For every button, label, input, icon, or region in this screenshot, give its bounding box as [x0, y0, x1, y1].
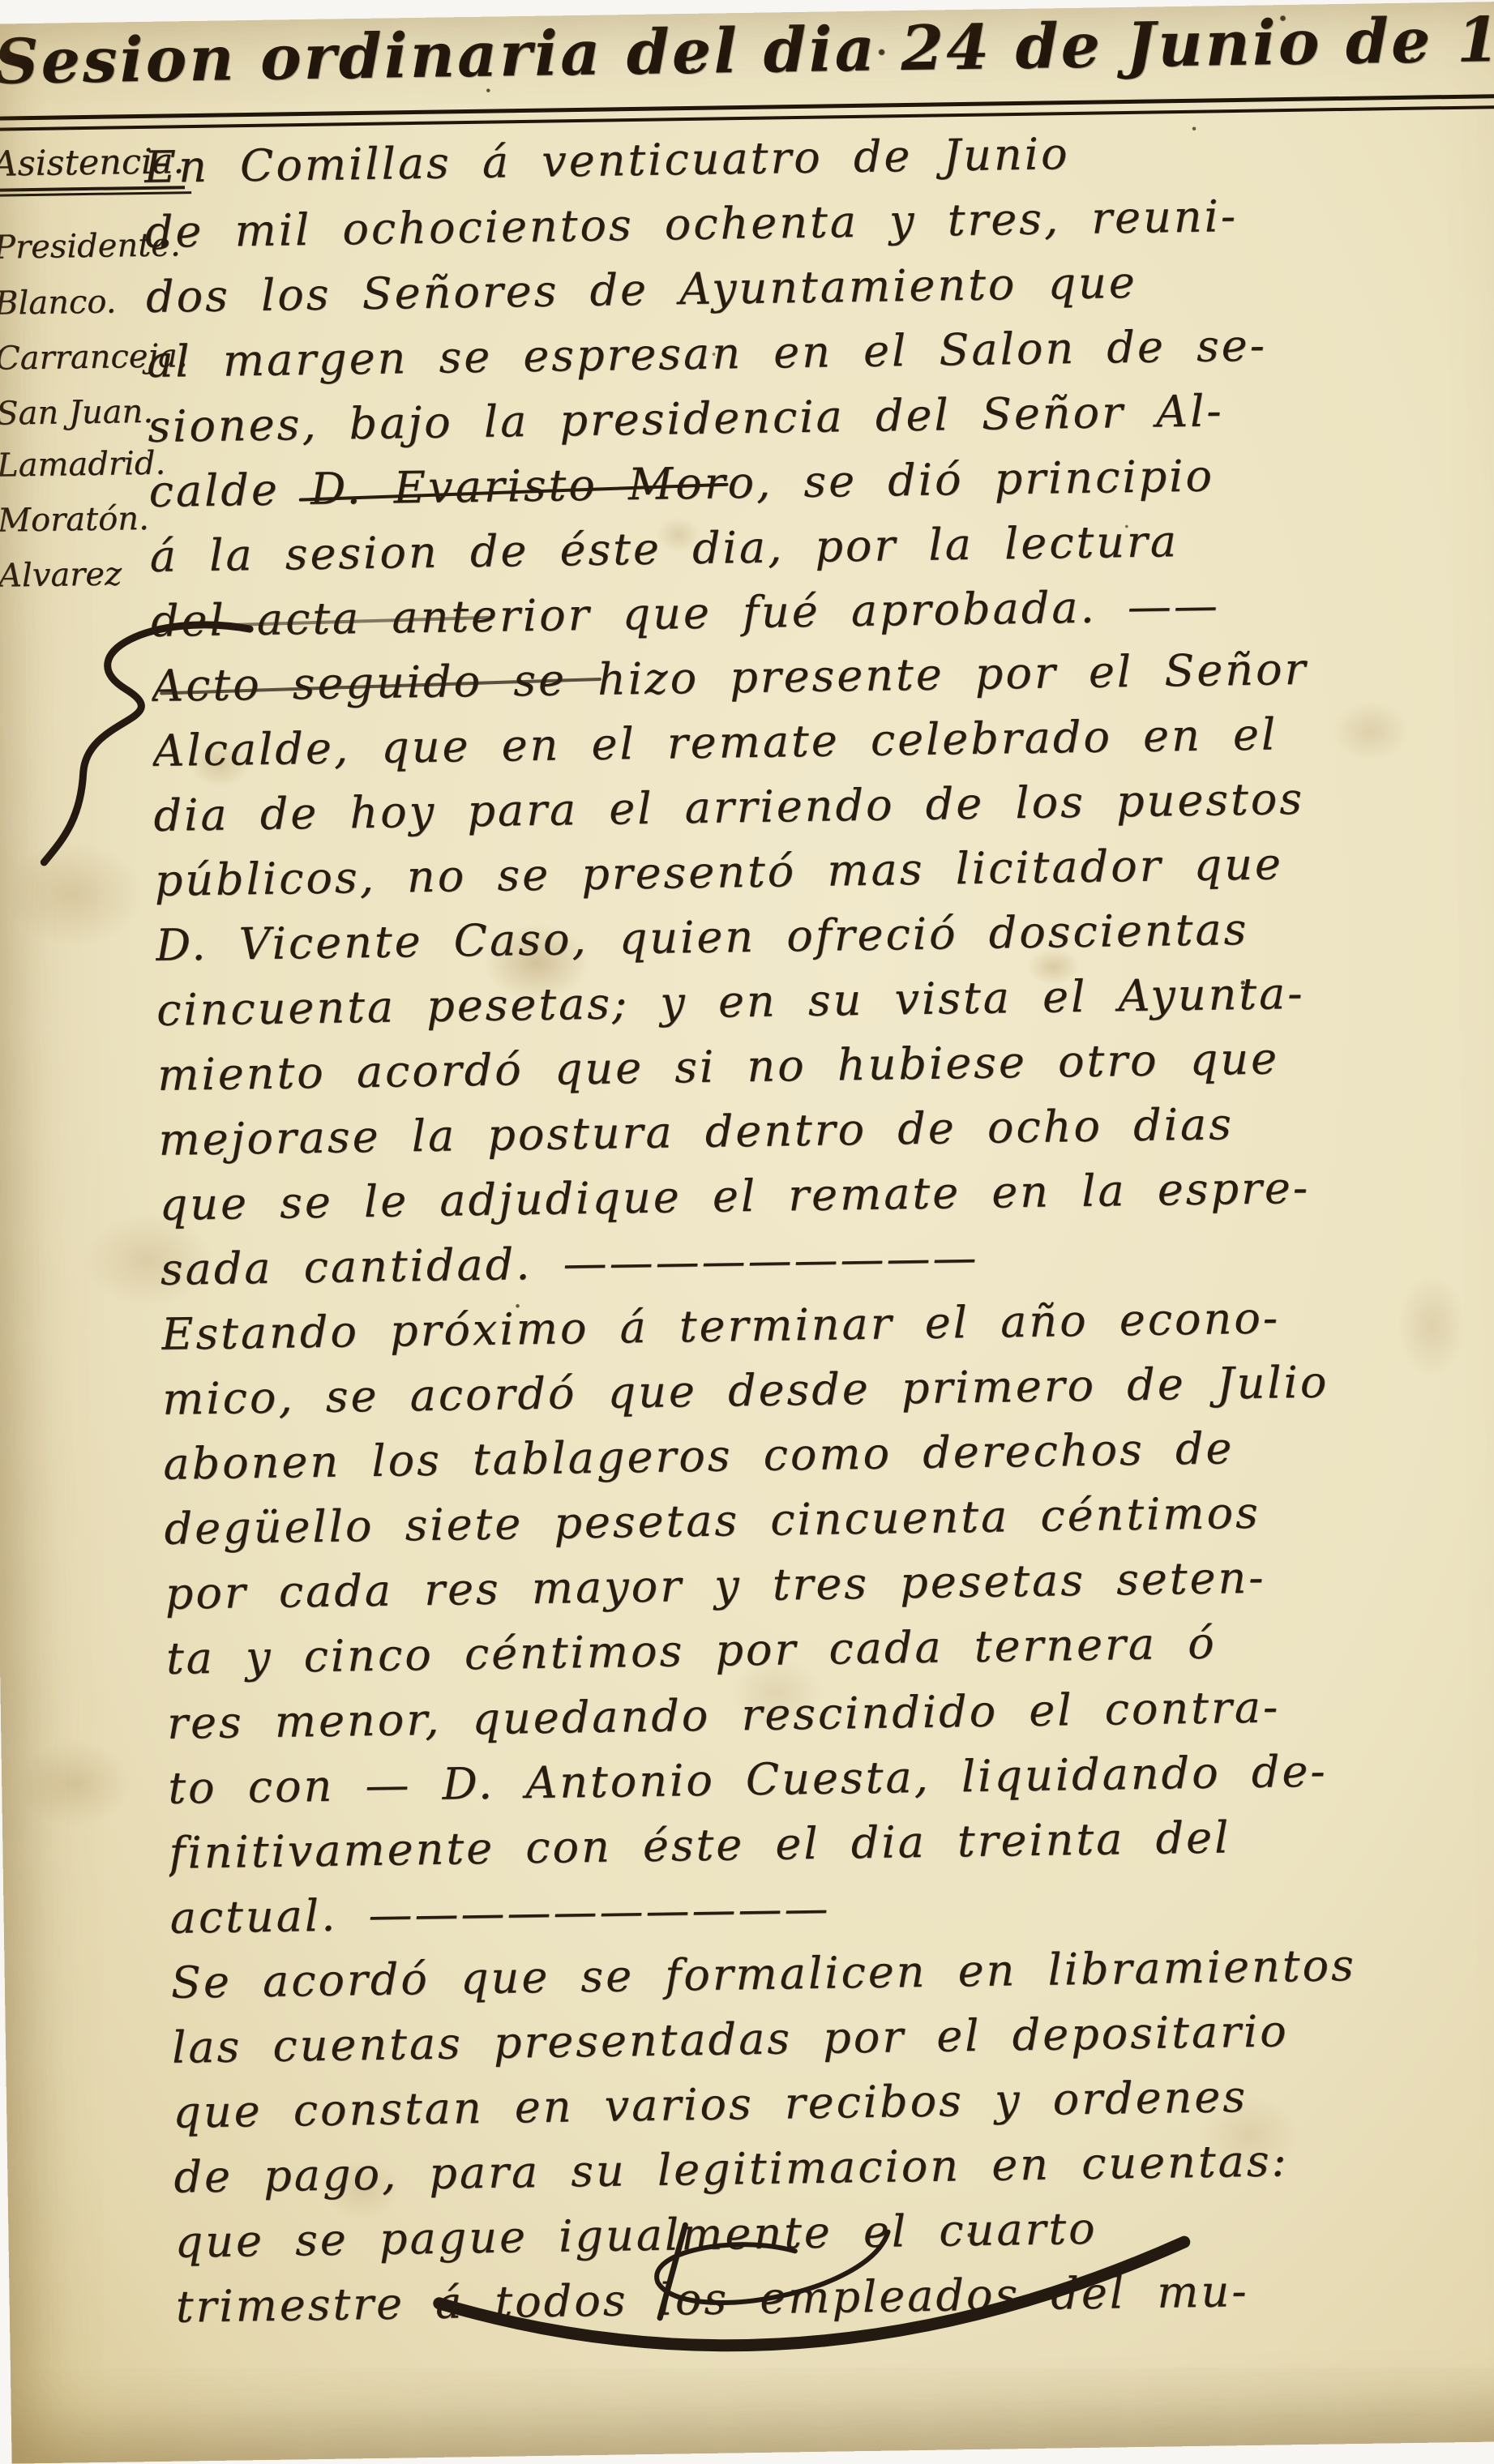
- page-title: Sesion ordinaria del dia 24 de Junio de …: [0, 2, 1494, 98]
- attendance-heading: Asistencia.: [0, 142, 163, 192]
- attendance-name-blanco: Blanco.: [0, 283, 165, 323]
- bottom-flourish: [413, 2211, 1210, 2385]
- attendance-name-sanjuan: San Juan.: [0, 393, 166, 433]
- attendance-name-lamadrid: Lamadrid.: [0, 445, 167, 485]
- attendance-name-alvarez: Alvarez: [0, 555, 169, 595]
- attendance-name-presidente: Presidente.: [0, 227, 164, 267]
- attendance-name-carranceja: Carranceja.: [0, 338, 165, 378]
- paper: Sesion ordinaria del dia 24 de Junio de …: [0, 1, 1494, 2385]
- attendance-name-moraton: Moratón.: [0, 500, 168, 540]
